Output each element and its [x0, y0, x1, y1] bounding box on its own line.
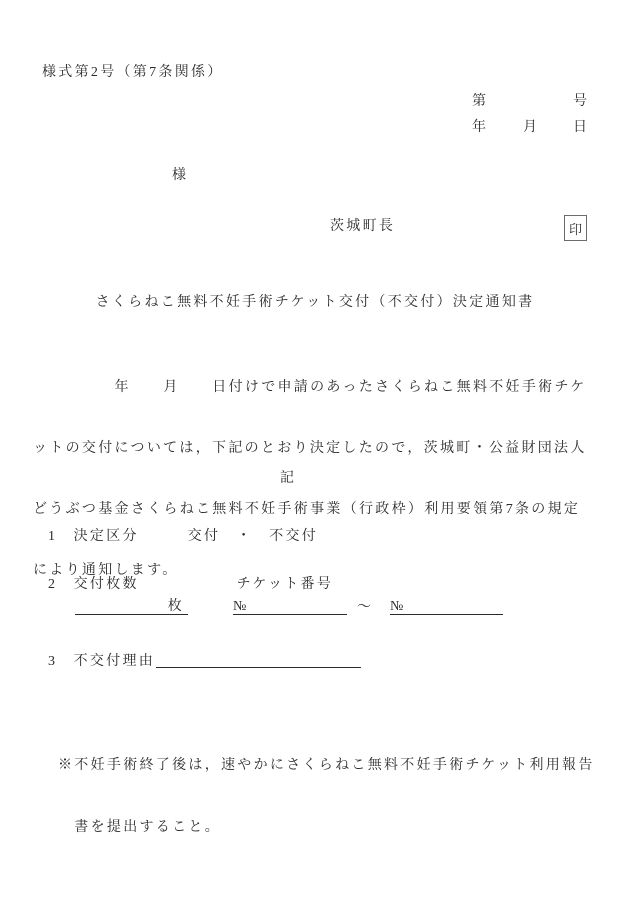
ticket-no-from-field[interactable]: №: [233, 599, 347, 615]
rejection-reason-field[interactable]: [156, 652, 361, 668]
item2-header-line: 2 交付枚数 チケット番号: [48, 576, 333, 593]
date-day-label: 日: [573, 119, 589, 136]
tilde-separator: ～: [357, 599, 373, 616]
date-month-label: 月: [523, 119, 539, 136]
date-year-label: 年: [472, 119, 488, 136]
doc-number-prefix: 第: [472, 93, 488, 110]
doc-number-suffix: 号: [573, 93, 589, 110]
item1-decision-category-line: 1 決定区分 交付 ・ 不交付: [48, 528, 318, 545]
seal-label: 印: [569, 219, 582, 238]
addressee-honorific: 様: [172, 167, 188, 184]
footer-note: ※不妊手術終了後は，速やかにさくらねこ無料不妊手術チケット利用報告 書を提出する…: [58, 718, 595, 876]
document-page: 様式第2号（第7条関係） 第 号 年 月 日 様 茨城町長 印 さくらねこ無料不…: [0, 0, 630, 903]
body-line: ットの交付については，下記のとおり決定したので，茨城町・公益財団法人: [33, 435, 587, 462]
item3-label: 3 不交付理由: [48, 653, 155, 670]
document-title: さくらねこ無料不妊手術チケット交付（不交付）決定通知書: [0, 294, 630, 311]
note-line: 書を提出すること。: [58, 814, 595, 842]
section-marker: 記: [280, 470, 296, 487]
note-line: ※不妊手術終了後は，速やかにさくらねこ無料不妊手術チケット利用報告: [58, 752, 595, 780]
seal-box: 印: [564, 215, 587, 241]
form-label: 様式第2号（第7条関係）: [42, 64, 224, 81]
issuer-name: 茨城町長: [330, 218, 395, 235]
body-line: どうぶつ基金さくらねこ無料不妊手術事業（行政枠）利用要領第7条の規定: [33, 496, 587, 523]
ticket-no-to-field[interactable]: №: [390, 599, 503, 615]
body-line: 年 月 日付けで申請のあったさくらねこ無料不妊手術チケ: [33, 374, 587, 401]
sheets-count-field[interactable]: 枚: [75, 599, 188, 615]
